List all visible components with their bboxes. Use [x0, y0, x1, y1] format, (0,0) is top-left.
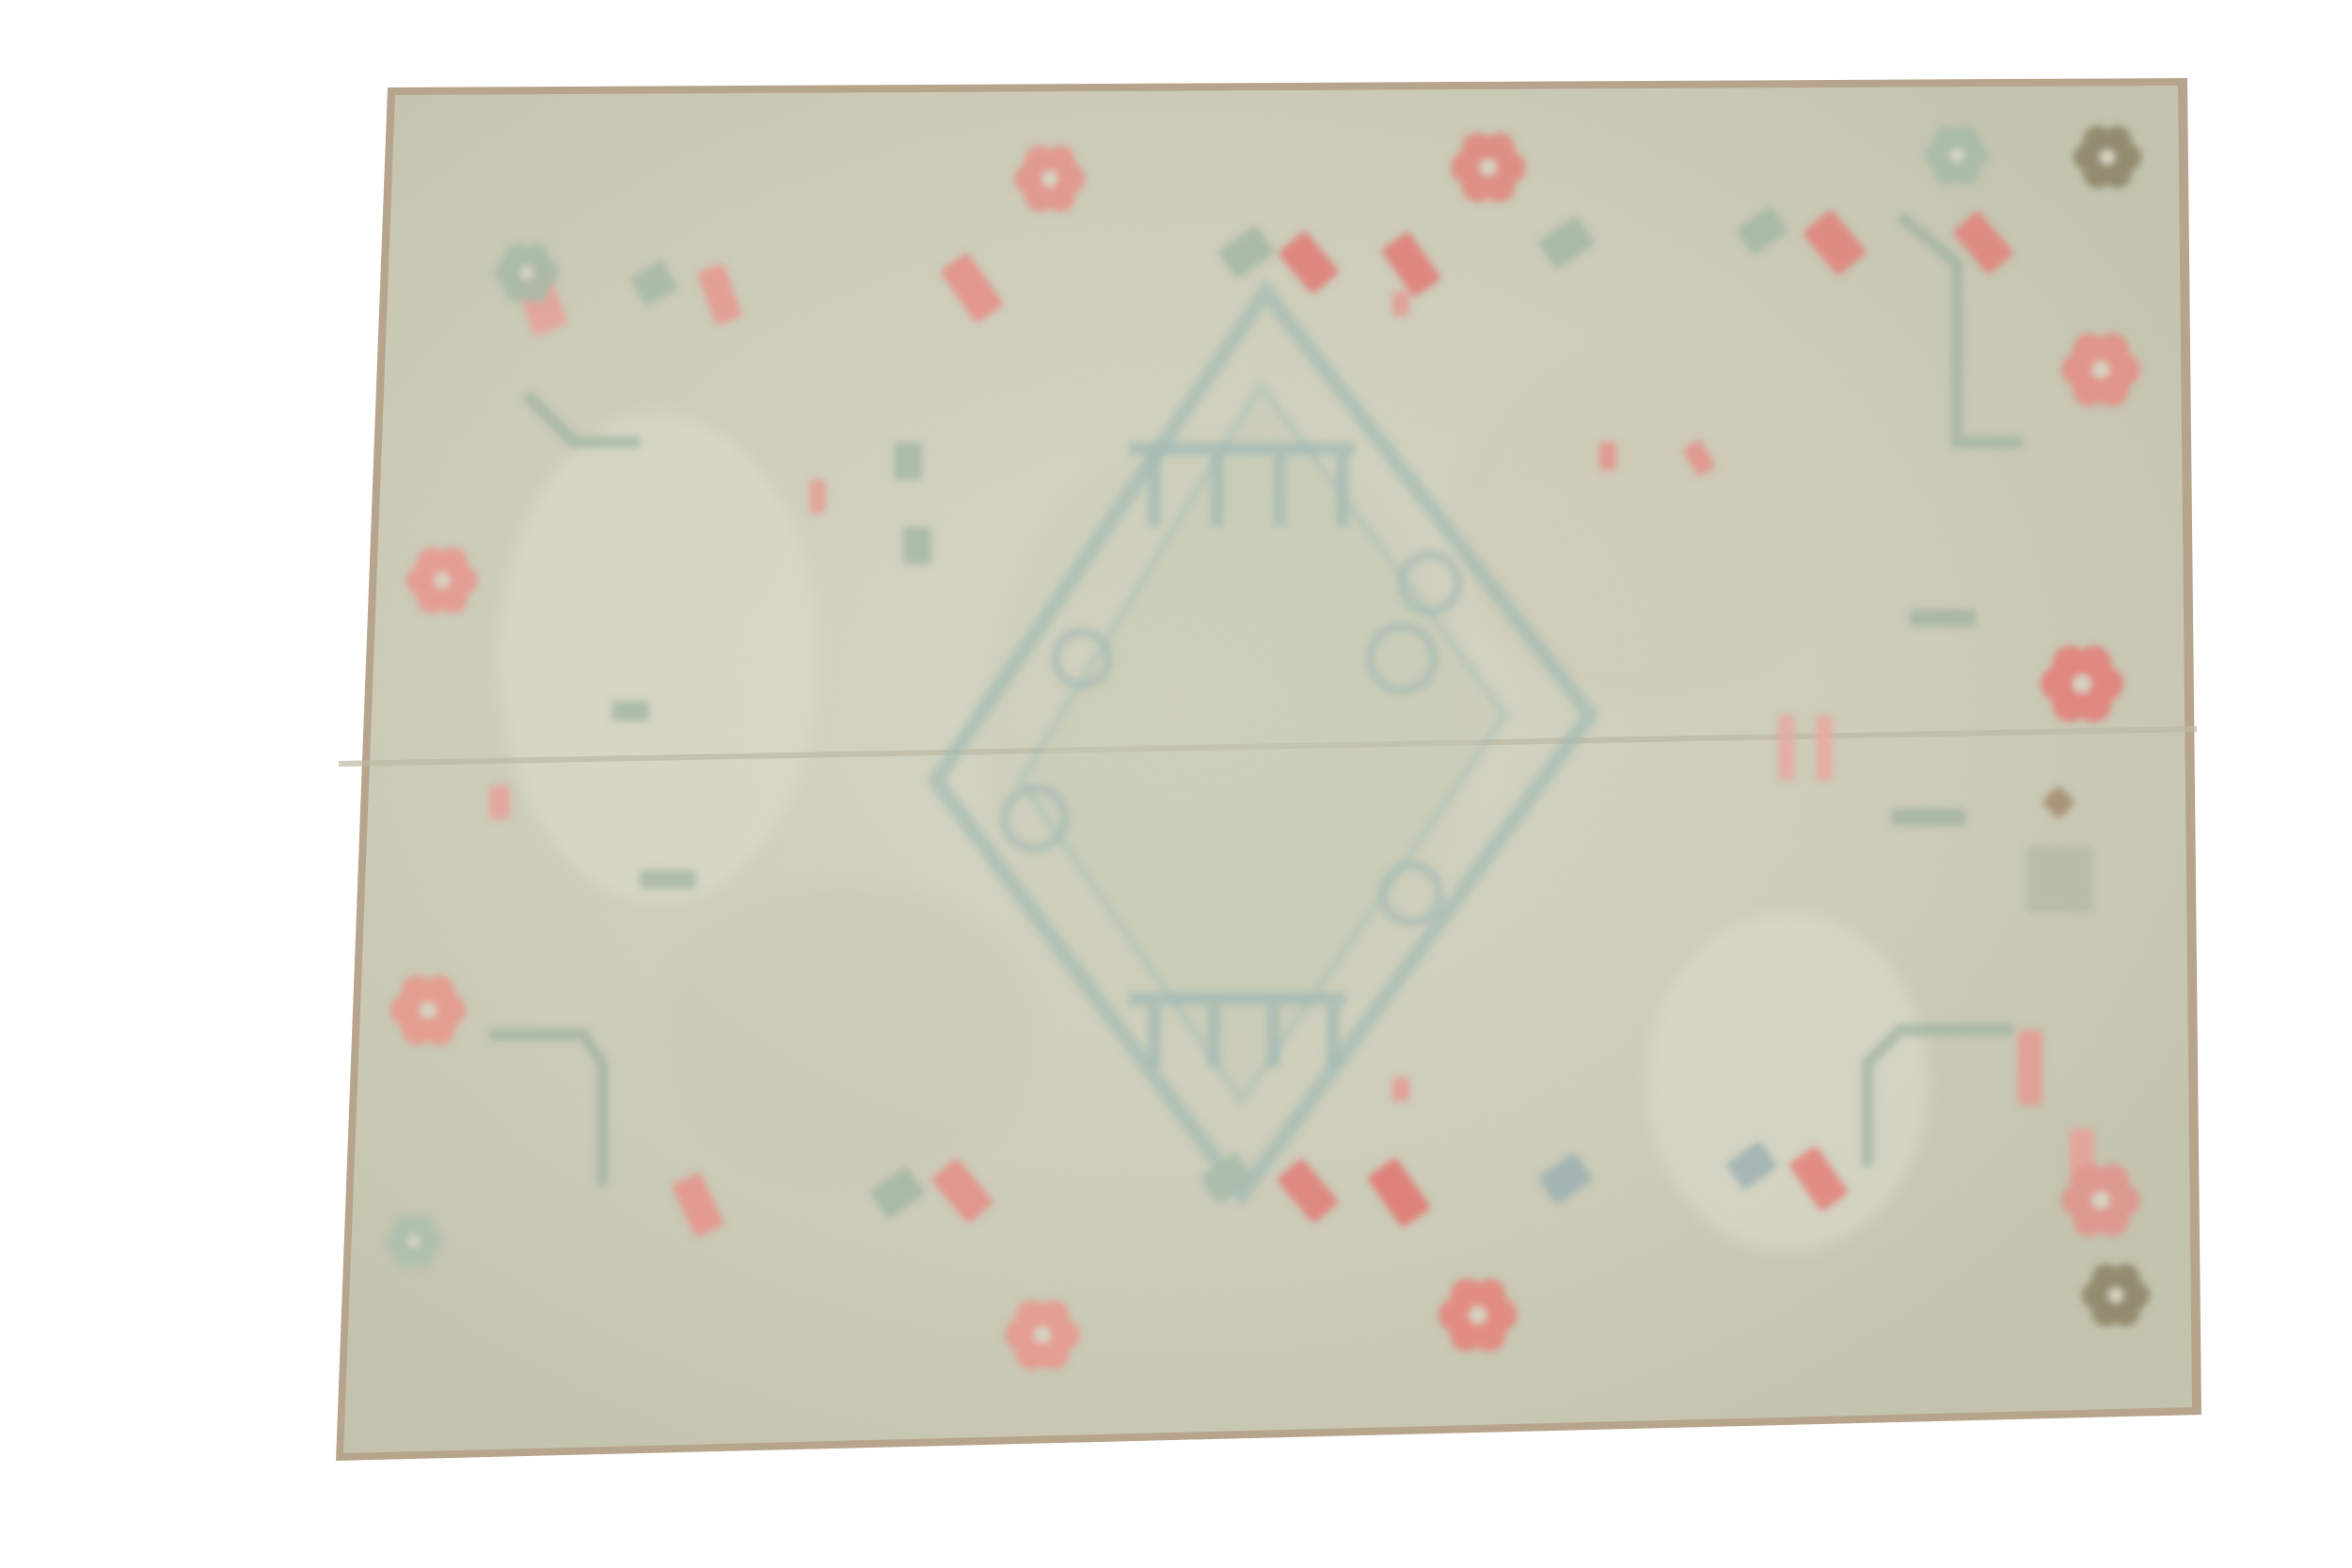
rug	[336, 78, 2201, 1461]
pink-leaf	[2018, 1030, 2042, 1105]
pink-leaf	[809, 480, 826, 514]
green-motif	[1910, 610, 1976, 626]
green-motif	[1891, 809, 1966, 826]
pink-leaf	[1778, 715, 1795, 781]
pink-leaf	[489, 785, 510, 819]
green-motif	[2027, 847, 2093, 912]
green-motif	[640, 870, 696, 889]
pink-leaf	[1599, 442, 1616, 470]
pink-leaf	[1816, 715, 1833, 781]
green-motif	[894, 442, 922, 480]
pink-leaf	[1392, 1077, 1409, 1101]
green-motif	[612, 701, 649, 721]
green-motif	[903, 527, 931, 564]
rug-photo	[0, 0, 2352, 1568]
pink-leaf	[1392, 292, 1409, 316]
